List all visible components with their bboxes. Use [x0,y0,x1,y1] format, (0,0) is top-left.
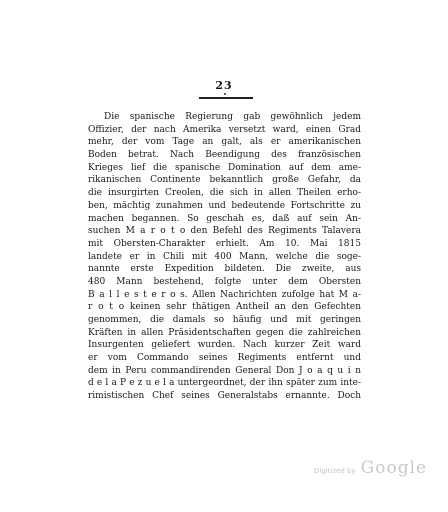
text-line: machen begannen. So geschah es, daß auf … [88,213,361,226]
text-line: suchen M a r o t o den Befehl des Regime… [88,225,361,238]
text-line: 480 Mann bestehend, folgte unter dem Obe… [88,276,361,289]
text-line: Offizier, der nach Amerika versetzt ward… [88,124,361,137]
scanned-book-page: 23 Die spanische Regierung gab gewöhnlic… [0,0,448,512]
text-line: rikanischen Continente bekanntlich große… [88,174,361,187]
text-line: Krieges lief die spanische Domination au… [88,162,361,175]
text-line: ben, mächtig zunahmen und bedeutende For… [88,200,361,213]
text-line: Kräften in allen Präsidentschaften gegen… [88,327,361,340]
page-number: 23 [0,79,448,92]
digitized-by-google-watermark: Digitized by Google [314,458,427,478]
google-logo-text: Google [361,458,427,478]
text-line: Die spanische Regierung gab gewöhnlich j… [88,111,361,124]
text-line: Boden betrat. Nach Beendigung des franzö… [88,149,361,162]
text-line: er vom Commando seines Regiments entfern… [88,352,361,365]
text-line: die insurgirten Creolen, die sich in all… [88,187,361,200]
text-line: r o t o keinen sehr thätigen Antheil an … [88,301,361,314]
ornament-dot [224,93,226,95]
body-text-block: Die spanische Regierung gab gewöhnlich j… [88,111,361,403]
text-line: d e l a P e z u e l a untergeordnet, der… [88,377,361,390]
text-line: genommen, die damals so häufig und mit g… [88,314,361,327]
text-line: Insurgenten geliefert wurden. Nach kurze… [88,339,361,352]
text-line: dem in Peru commandirenden General Don J… [88,365,361,378]
text-line: mehr, der vom Tage an galt, als er ameri… [88,136,361,149]
text-line: B a l l e s t e r o s. Allen Nachrichten… [88,289,361,302]
watermark-prefix-text: Digitized by [314,467,356,475]
text-line: nannte erste Expedition bildeten. Die zw… [88,263,361,276]
text-line: mit Obersten-Charakter erhielt. Am 10. M… [88,238,361,251]
text-line: rimistischen Chef seines Generalstabs er… [88,390,361,403]
text-line: landete er in Chili mit 400 Mann, welche… [88,251,361,264]
ornament-rule-divider [199,97,253,99]
